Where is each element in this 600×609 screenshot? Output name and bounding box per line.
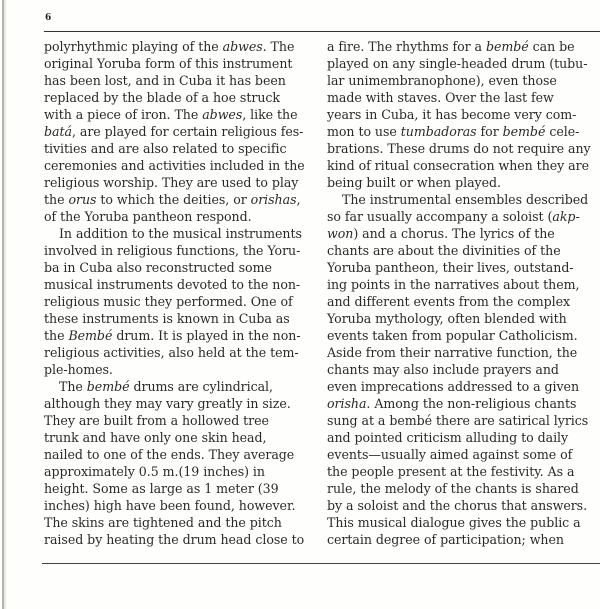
text-run: , — [296, 192, 300, 207]
italic-term: bembé — [486, 39, 529, 54]
text-run: years in Cuba, it has become very com- — [327, 107, 576, 122]
text-run: for — [477, 124, 503, 139]
text-run: raised by heating the drum head close to — [44, 532, 304, 547]
text-run: and different events from the complex — [327, 294, 570, 309]
text-line: religious worship. They are used to play — [44, 174, 304, 191]
text-run: The instrumental ensembles described — [342, 192, 588, 207]
text-run: being built or when played. — [327, 175, 501, 190]
text-run: In addition to the musical instruments — [59, 226, 302, 241]
text-line: involved in religious functions, the Yor… — [44, 242, 304, 259]
text-run: . Among the non-religious chants — [366, 396, 576, 411]
footer-rule — [42, 563, 600, 564]
text-line: Aside from their narrative function, the — [327, 344, 587, 361]
left-text-column: polyrhythmic playing of the abwes. Theor… — [44, 38, 304, 548]
text-run: religious music they performed. One of — [44, 294, 293, 309]
text-line: years in Cuba, it has become very com- — [327, 106, 587, 123]
text-run: mon to use — [327, 124, 401, 139]
text-line: and different events from the complex — [327, 293, 587, 310]
text-run: made with staves. Over the last few — [327, 90, 554, 105]
text-run: musical instruments devoted to the non- — [44, 277, 300, 292]
book-page: 6 polyrhythmic playing of the abwes. The… — [0, 0, 600, 609]
text-line: The skins are tightened and the pitch — [44, 514, 304, 531]
text-line: nailed to one of the ends. They average — [44, 446, 304, 463]
header-rule — [44, 31, 600, 32]
italic-term: bembé — [87, 379, 130, 394]
text-line: religious activities, also held at the t… — [44, 344, 304, 361]
text-line: approximately 0.5 m.(19 inches) in — [44, 463, 304, 480]
text-line: This musical dialogue gives the public a — [327, 514, 587, 531]
text-run: polyrhythmic playing of the — [44, 39, 223, 54]
text-run: ple-homes. — [44, 362, 113, 377]
text-line: replaced by the blade of a hoe struck — [44, 89, 304, 106]
text-run: approximately 0.5 m.(19 inches) in — [44, 464, 265, 479]
text-run: the — [44, 192, 68, 207]
text-line: ceremonies and activities included in th… — [44, 157, 304, 174]
text-run: involved in religious functions, the Yor… — [44, 243, 300, 258]
text-line: sung at a bembé there are satirical lyri… — [327, 412, 587, 429]
italic-term: bembé — [503, 124, 546, 139]
text-line: lar unimembranophone), even those — [327, 72, 587, 89]
text-run: drums are cylindrical, — [130, 379, 273, 394]
text-run: original Yoruba form of this instrument — [44, 56, 292, 71]
text-line: with a piece of iron. The abwes, like th… — [44, 106, 304, 123]
text-run: has been lost, and in Cuba it has been — [44, 73, 286, 88]
text-run: religious activities, also held at the t… — [44, 345, 299, 360]
text-run: nailed to one of the ends. They average — [44, 447, 294, 462]
text-line: The instrumental ensembles described — [327, 191, 587, 208]
text-line: Yoruba mythology, often blended with — [327, 310, 587, 327]
text-run: by a soloist and the chorus that answers… — [327, 498, 587, 513]
italic-term: Bembé — [68, 328, 112, 343]
text-line: chants are about the divinities of the — [327, 242, 587, 259]
text-run: brations. These drums do not require any — [327, 141, 591, 156]
text-run: ba in Cuba also reconstructed some — [44, 260, 272, 275]
text-run: chants may also include prayers and — [327, 362, 559, 377]
text-line: raised by heating the drum head close to — [44, 531, 304, 548]
text-run: although they may vary greatly in size. — [44, 396, 291, 411]
text-line: the people present at the festivity. As … — [327, 463, 587, 480]
text-run: The skins are tightened and the pitch — [44, 515, 282, 530]
text-run: height. Some as large as 1 meter (39 — [44, 481, 279, 496]
text-line: being built or when played. — [327, 174, 587, 191]
text-run: , are played for certain religious fes- — [72, 124, 303, 139]
text-run: these instruments is known in Cuba as — [44, 311, 290, 326]
italic-term: won — [327, 226, 353, 241]
text-run: and pointed criticism alluding to daily — [327, 430, 568, 445]
text-line: made with staves. Over the last few — [327, 89, 587, 106]
text-line: inches) high have been found, however. — [44, 497, 304, 514]
text-line: They are built from a hollowed tree — [44, 412, 304, 429]
italic-term: tumbadoras — [401, 124, 477, 139]
text-run: Yoruba pantheon, their lives, outstand- — [327, 260, 574, 275]
text-line: height. Some as large as 1 meter (39 — [44, 480, 304, 497]
text-line: events—usually aimed against some of — [327, 446, 587, 463]
text-line: the orus to which the deities, or orisha… — [44, 191, 304, 208]
text-line: In addition to the musical instruments — [44, 225, 304, 242]
text-line: of the Yoruba pantheon respond. — [44, 208, 304, 225]
text-run: ceremonies and activities included in th… — [44, 158, 305, 173]
text-line: events taken from popular Catholicism. — [327, 327, 587, 344]
text-line: although they may vary greatly in size. — [44, 395, 304, 412]
text-run: Aside from their narrative function, the — [327, 345, 577, 360]
text-run: sung at a bembé there are satirical lyri… — [327, 413, 588, 428]
text-run: replaced by the blade of a hoe struck — [44, 90, 280, 105]
page-spine-shadow — [4, 0, 7, 609]
text-line: certain degree of participation; when — [327, 531, 587, 548]
text-line: won) and a chorus. The lyrics of the — [327, 225, 587, 242]
text-run: with a piece of iron. The — [44, 107, 202, 122]
text-line: Yoruba pantheon, their lives, outstand- — [327, 259, 587, 276]
text-run: kind of ritual consecration when they ar… — [327, 158, 589, 173]
text-run: ) and a chorus. The lyrics of the — [353, 226, 554, 241]
text-line: ple-homes. — [44, 361, 304, 378]
text-line: musical instruments devoted to the non- — [44, 276, 304, 293]
text-run: to which the deities, or — [96, 192, 250, 207]
text-line: mon to use tumbadoras for bembé cele- — [327, 123, 587, 140]
text-run: This musical dialogue gives the public a — [327, 515, 581, 530]
text-line: religious music they performed. One of — [44, 293, 304, 310]
text-line: orisha. Among the non-religious chants — [327, 395, 587, 412]
text-line: The bembé drums are cylindrical, — [44, 378, 304, 395]
text-line: ba in Cuba also reconstructed some — [44, 259, 304, 276]
text-run: events—usually aimed against some of — [327, 447, 572, 462]
text-run: cele- — [545, 124, 579, 139]
text-run: certain degree of participation; when — [327, 532, 564, 547]
page-number: 6 — [45, 13, 51, 23]
text-line: chants may also include prayers and — [327, 361, 587, 378]
italic-term: akp- — [552, 209, 579, 224]
text-run: rule, the melody of the chants is shared — [327, 481, 579, 496]
text-line: the Bembé drum. It is played in the non- — [44, 327, 304, 344]
italic-term: orus — [68, 192, 96, 207]
text-line: ing points in the narratives about them, — [327, 276, 587, 293]
text-line: a fire. The rhythms for a bembé can be — [327, 38, 587, 55]
text-run: . The — [263, 39, 295, 54]
text-run: , like the — [242, 107, 297, 122]
text-run: trunk and have only one skin head, — [44, 430, 266, 445]
text-run: tivities and are also related to specifi… — [44, 141, 286, 156]
text-run: They are built from a hollowed tree — [44, 413, 269, 428]
right-text-column: a fire. The rhythms for a bembé can bepl… — [327, 38, 587, 548]
italic-term: orishas — [251, 192, 297, 207]
text-run: religious worship. They are used to play — [44, 175, 298, 190]
italic-term: abwes — [223, 39, 263, 54]
text-line: has been lost, and in Cuba it has been — [44, 72, 304, 89]
text-line: polyrhythmic playing of the abwes. The — [44, 38, 304, 55]
text-line: tivities and are also related to specifi… — [44, 140, 304, 157]
text-line: even imprecations addressed to a given — [327, 378, 587, 395]
text-line: trunk and have only one skin head, — [44, 429, 304, 446]
text-run: ing points in the narratives about them, — [327, 277, 579, 292]
text-run: drum. It is played in the non- — [112, 328, 300, 343]
text-run: can be — [529, 39, 575, 54]
text-run: a fire. The rhythms for a — [327, 39, 486, 54]
text-run: so far usually accompany a soloist ( — [327, 209, 552, 224]
text-run: even imprecations addressed to a given — [327, 379, 579, 394]
text-line: kind of ritual consecration when they ar… — [327, 157, 587, 174]
text-run: chants are about the divinities of the — [327, 243, 561, 258]
text-line: these instruments is known in Cuba as — [44, 310, 304, 327]
text-run: the — [44, 328, 68, 343]
text-run: Yoruba mythology, often blended with — [327, 311, 567, 326]
text-line: batá, are played for certain religious f… — [44, 123, 304, 140]
text-line: rule, the melody of the chants is shared — [327, 480, 587, 497]
text-line: by a soloist and the chorus that answers… — [327, 497, 587, 514]
text-run: played on any single-headed drum (tubu- — [327, 56, 587, 71]
italic-term: abwes — [202, 107, 242, 122]
text-run: events taken from popular Catholicism. — [327, 328, 578, 343]
italic-term: batá — [44, 124, 72, 139]
text-line: and pointed criticism alluding to daily — [327, 429, 587, 446]
text-line: so far usually accompany a soloist (akp- — [327, 208, 587, 225]
text-line: original Yoruba form of this instrument — [44, 55, 304, 72]
text-run: the people present at the festivity. As … — [327, 464, 574, 479]
text-run: of the Yoruba pantheon respond. — [44, 209, 252, 224]
text-run: inches) high have been found, however. — [44, 498, 296, 513]
italic-term: orisha — [327, 396, 366, 411]
text-line: played on any single-headed drum (tubu- — [327, 55, 587, 72]
text-run: The — [59, 379, 87, 394]
text-line: brations. These drums do not require any — [327, 140, 587, 157]
text-run: lar unimembranophone), even those — [327, 73, 557, 88]
